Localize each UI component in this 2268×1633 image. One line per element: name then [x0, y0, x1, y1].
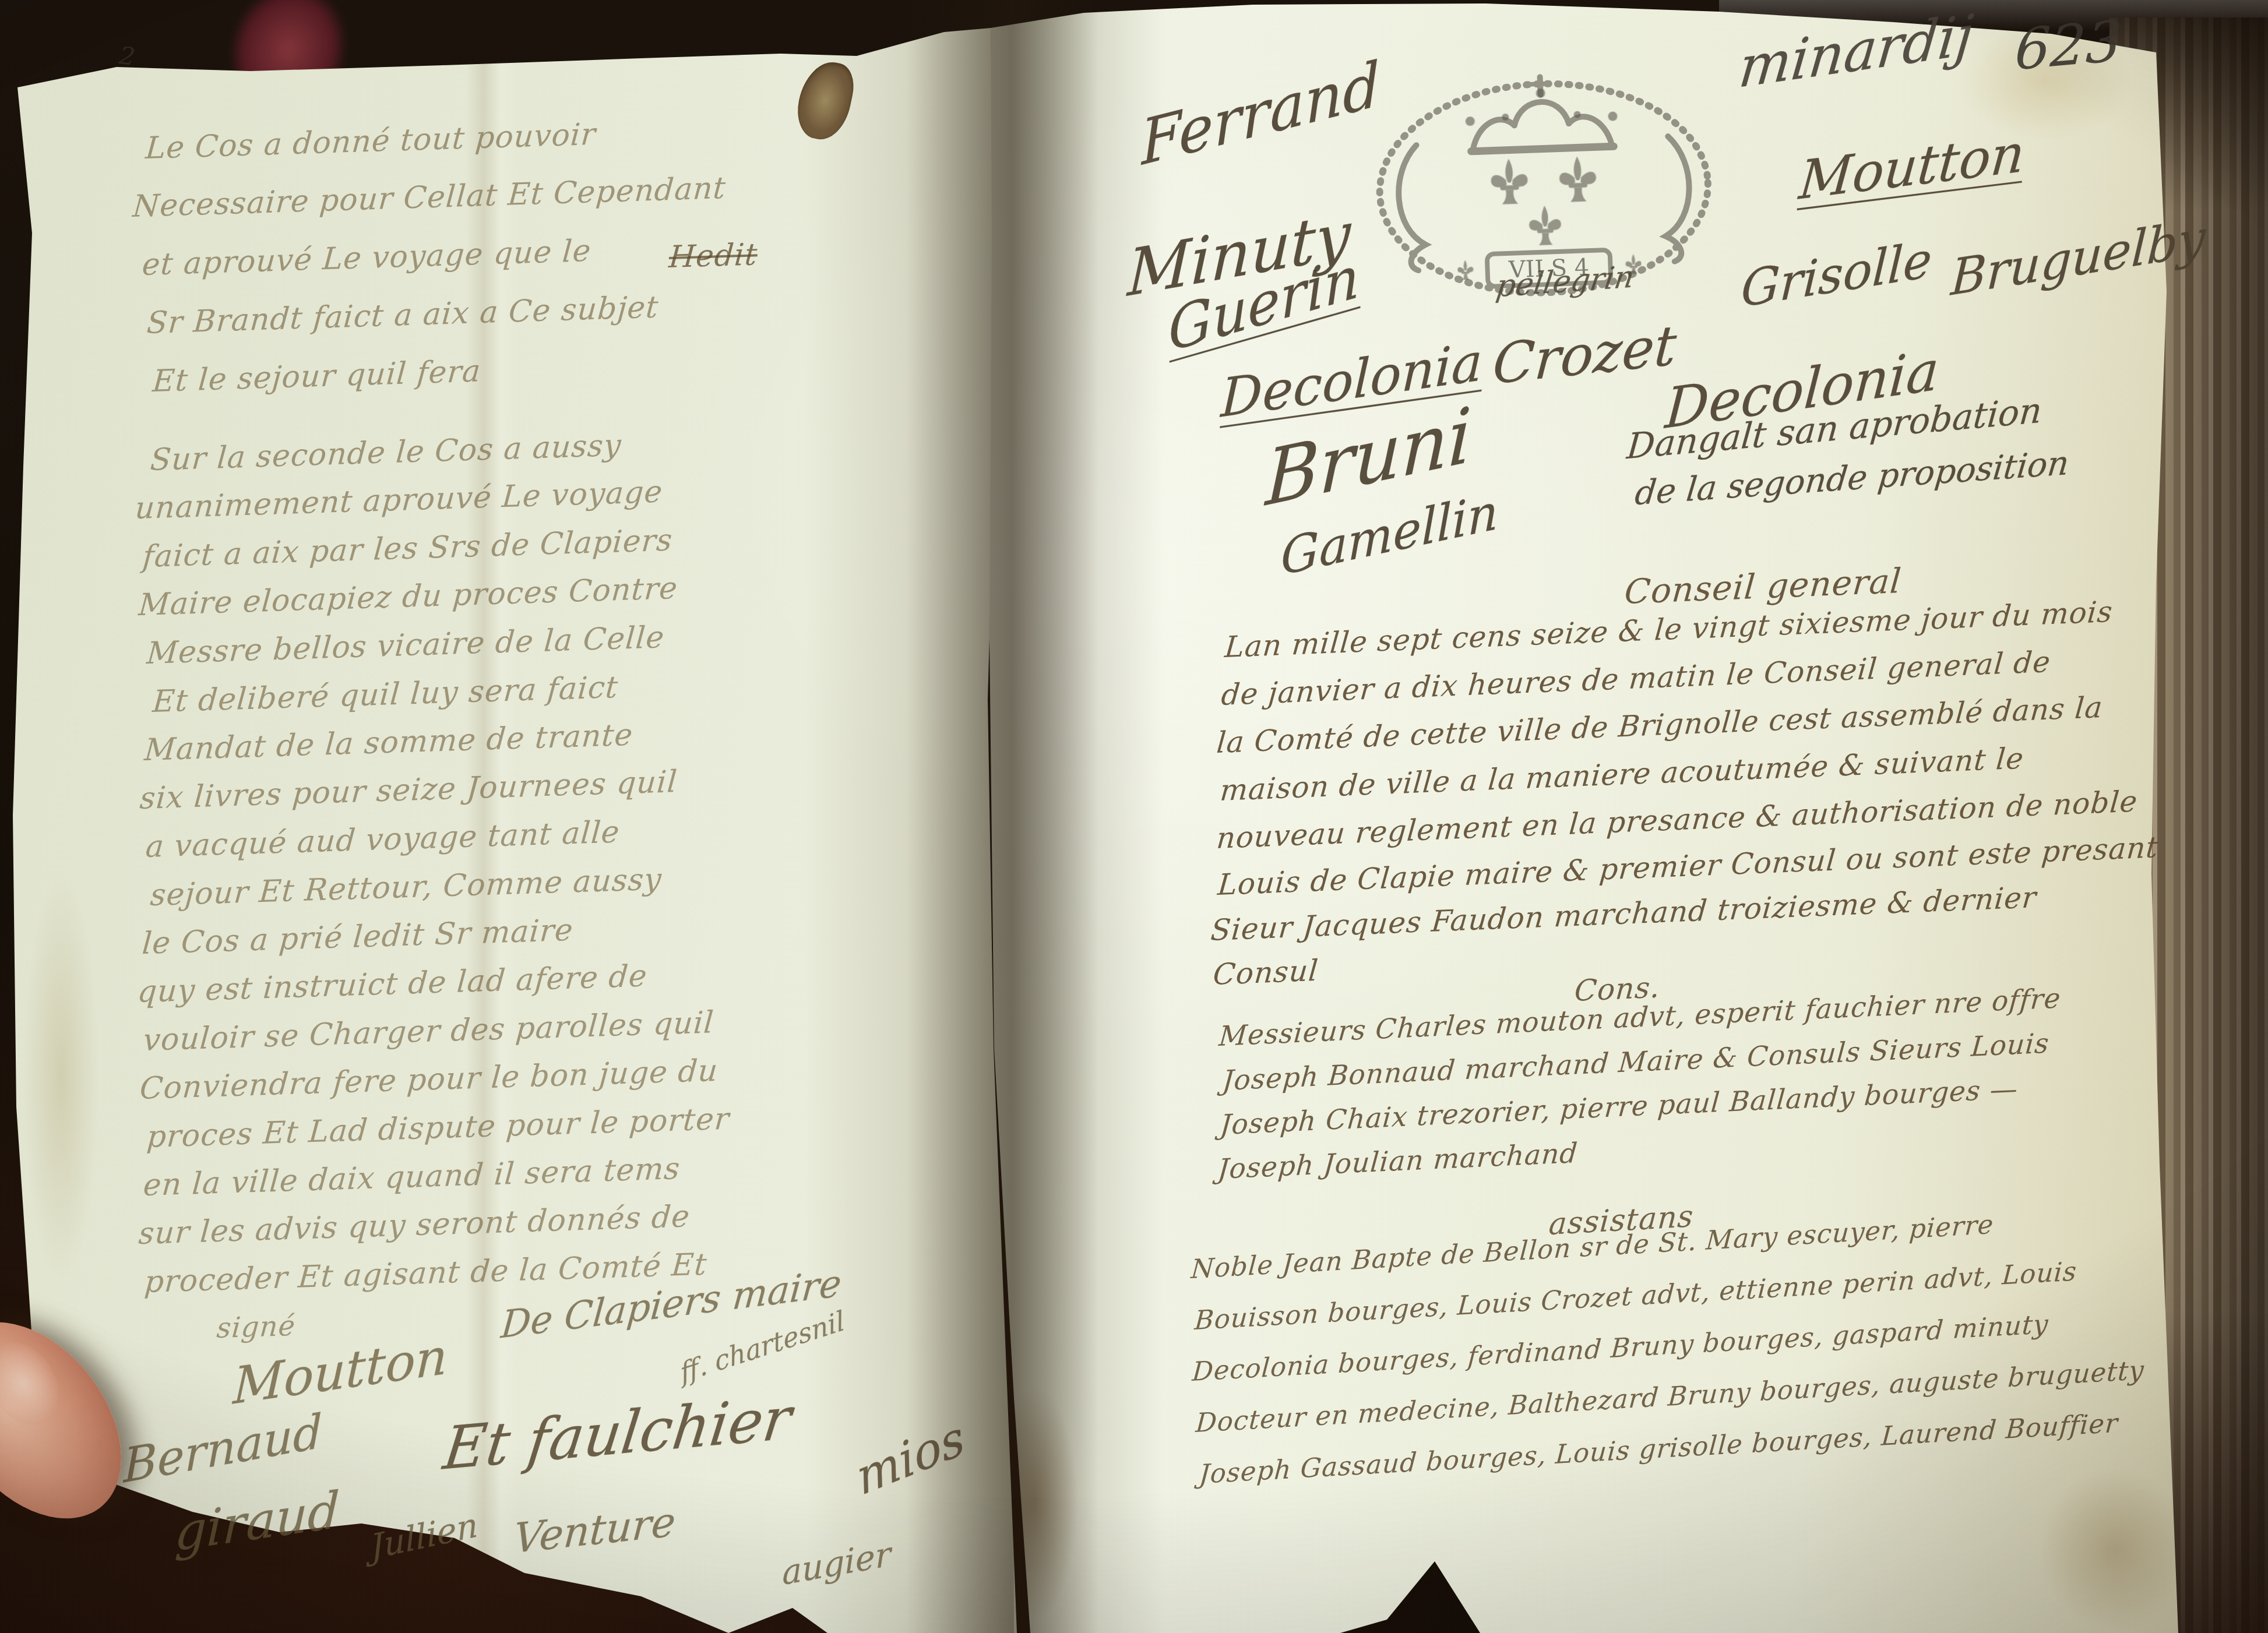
vignette-overlay [0, 0, 2268, 1633]
photograph-of-open-register: 2 Le Cos a donné tout pouvoir Necessaire… [0, 0, 2268, 1633]
